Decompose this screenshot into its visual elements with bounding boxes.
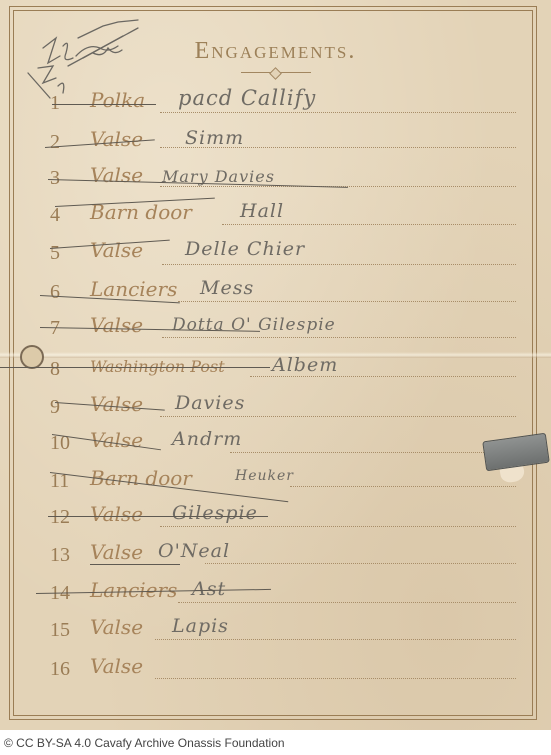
dance-number: 13 (50, 544, 86, 567)
engagement-row: 13 Valse O'Neal (0, 538, 551, 574)
engagement-row: 5 Valse Delle Chier (0, 236, 551, 272)
partner-name: Mess (200, 277, 254, 299)
entry-line (160, 526, 516, 527)
entry-line (250, 376, 516, 377)
dance-name: Valse (90, 163, 143, 187)
copyright-credit: © CC BY-SA 4.0 Cavafy Archive Onassis Fo… (4, 736, 285, 750)
partner-name: Andrm (172, 428, 242, 450)
engagement-row: 16 Valse (0, 652, 551, 688)
entry-line (162, 337, 516, 338)
dance-card-scan: Engagements. 1 Polka pacd Callify 2 Vals… (0, 0, 551, 730)
dance-number: 16 (50, 658, 86, 681)
dance-name: Valse (90, 615, 143, 639)
dance-number: 6 (50, 281, 86, 304)
engagement-row: 2 Valse Simm (0, 125, 551, 161)
partner-name: Heuker (235, 468, 294, 484)
engagement-row: 12 Valse Gilespie (0, 500, 551, 536)
partner-name: pacd Callify (178, 86, 316, 110)
dance-name: Valse (90, 502, 143, 526)
dance-number: 12 (50, 506, 86, 529)
entry-line (178, 301, 516, 302)
engagement-row: 1 Polka pacd Callify (0, 86, 551, 122)
partner-name: O'Neal (158, 540, 230, 562)
entry-line (290, 486, 516, 487)
entry-line (205, 563, 516, 564)
entry-line (230, 452, 516, 453)
partner-name: Albem (272, 354, 338, 376)
engagement-row: 7 Valse Dotta O' Gilespie (0, 311, 551, 347)
engagement-row: 15 Valse Lapis (0, 613, 551, 649)
engagement-row: 8 Washington Post Albem (0, 352, 551, 388)
engagement-row: 14 Lanciers Ast (0, 576, 551, 612)
partner-name: Hall (240, 200, 284, 222)
strikethrough (52, 104, 156, 105)
strikethrough (0, 367, 270, 368)
entry-line (155, 678, 516, 679)
engagement-row: 9 Valse Davies (0, 390, 551, 426)
engagement-row: 4 Barn door Hall (0, 198, 551, 234)
partner-name: Simm (185, 127, 244, 149)
dance-name: Valse (90, 313, 143, 337)
engagement-row: 10 Valse Andrm (0, 426, 551, 462)
entry-line (162, 264, 516, 265)
engagement-row: 3 Valse Mary Davies (0, 161, 551, 197)
entry-line (178, 602, 516, 603)
engagement-row: 11 Barn door Heuker (0, 464, 551, 500)
partner-name: Davies (175, 392, 245, 414)
page-title: Engagements. (0, 38, 551, 65)
partner-name: Dotta O' Gilespie (172, 315, 336, 335)
dance-number: 8 (50, 358, 86, 381)
dance-name: Valse (90, 392, 143, 416)
entry-line (160, 112, 516, 113)
engagement-row: 6 Lanciers Mess (0, 275, 551, 311)
dance-name: Valse (90, 540, 143, 564)
partner-name: Lapis (172, 615, 229, 637)
strikethrough (90, 564, 180, 565)
partner-name: Delle Chier (185, 238, 305, 260)
entry-line (160, 416, 516, 417)
dance-number: 9 (50, 396, 86, 419)
dance-number: 4 (50, 204, 86, 227)
dance-name: Valse (90, 654, 143, 678)
entry-line (155, 639, 516, 640)
dance-number: 2 (50, 131, 86, 154)
strikethrough (48, 516, 268, 517)
dance-number: 15 (50, 619, 86, 642)
dance-name: Valse (90, 127, 143, 151)
partner-name: Gilespie (172, 502, 258, 524)
dance-name: Polka (90, 88, 145, 112)
entry-line (222, 224, 516, 225)
